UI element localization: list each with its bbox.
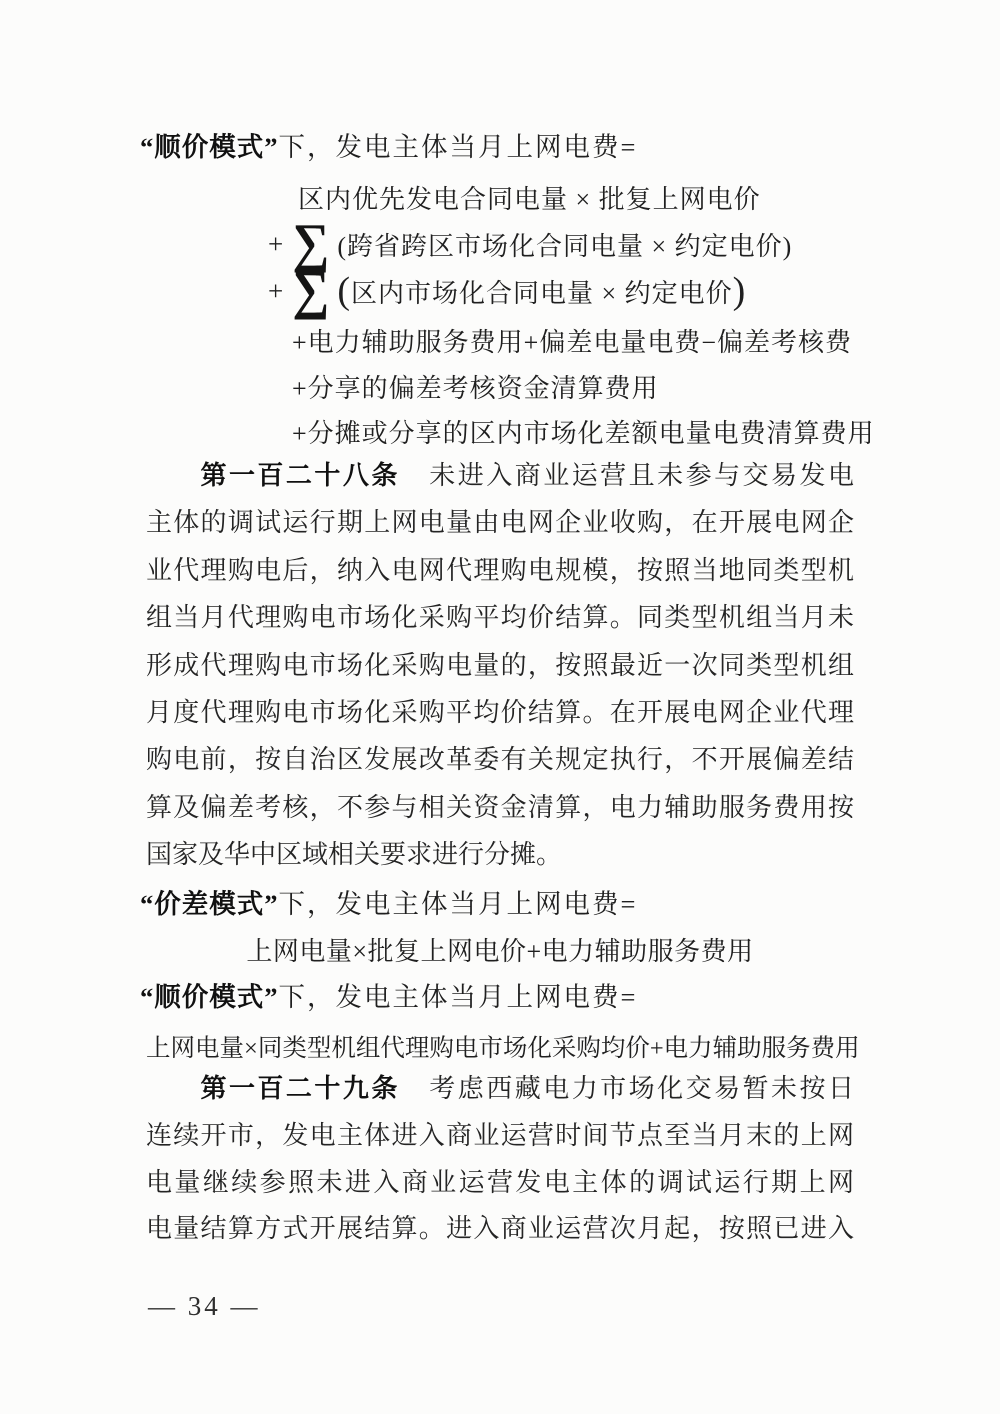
- mode-statement-shunjia-2: “顺价模式”下，发电主体当月上网电费=: [140, 981, 860, 1013]
- body-text: 未进入商业运营且未参与交易发电: [427, 461, 854, 490]
- article-128-heading: 第一百二十八条: [198, 461, 400, 490]
- sigma-symbol: ∑: [292, 264, 330, 319]
- body-line: 连续开市，发电主体进入商业运营时间节点至当月末的上网: [146, 1113, 854, 1160]
- body-line: 电量继续参照未进入商业运营发电主体的调试运行期上网: [146, 1160, 854, 1207]
- mode-name-bold: “顺价模式”: [140, 132, 279, 162]
- mode-name-bold: “顺价模式”: [140, 982, 279, 1012]
- body-line: 业代理购电后，纳入电网代理购电规模，按照当地同类型机: [146, 547, 854, 594]
- formula-line-settlement-diff: +分摊或分享的区内市场化差额电量电费清算费用: [146, 419, 1000, 449]
- formula-jiacha: 上网电量×批复上网电价+电力辅助服务费用: [146, 936, 854, 968]
- body-line: 国家及华中区域相关要求进行分摊。: [146, 831, 854, 878]
- mode-statement-text: 下，发电主体当月上网电费=: [279, 982, 638, 1012]
- body-line: 月度代理购电市场化采购平均价结算。在开展电网企业代理: [146, 689, 854, 736]
- close-paren: ): [733, 272, 747, 310]
- page-number: — 34 —: [148, 1291, 261, 1322]
- formula-line-sigma-intraregional: + ∑ ( 区内市场化合同电量 × 约定电价 ): [146, 264, 1000, 318]
- open-paren: (: [337, 272, 351, 310]
- formula-shunjia-2: 上网电量×同类型机组代理购电市场化采购均价+电力辅助服务费用: [146, 1034, 854, 1064]
- mode-name-bold: “价差模式”: [140, 889, 279, 919]
- body-line: 第一百二十九条考虑西藏电力市场化交易暂未按日: [146, 1066, 854, 1113]
- body-text: 考虑西藏电力市场化交易暂未按日: [427, 1074, 854, 1103]
- article-129: 第一百二十九条考虑西藏电力市场化交易暂未按日 连续开市，发电主体进入商业运营时间…: [146, 1066, 854, 1253]
- mode-statement-jiacha: “价差模式”下，发电主体当月上网电费=: [140, 888, 860, 920]
- mode-statement-shunjia-1: “顺价模式”下，发电主体当月上网电费=: [140, 131, 860, 163]
- body-line: 算及偏差考核，不参与相关资金清算，电力辅助服务费用按: [146, 784, 854, 831]
- body-line: 形成代理购电市场化采购电量的，按照最近一次同类型机组: [146, 642, 854, 689]
- sigma-line-text: (跨省跨区市场化合同电量 × 约定电价): [337, 226, 792, 263]
- body-line: 第一百二十八条未进入商业运营且未参与交易发电: [146, 452, 854, 499]
- formula-line-priority-contract: 区内优先发电合同电量 × 批复上网电价: [146, 185, 1000, 215]
- plus-operator: +: [268, 276, 284, 307]
- article-129-heading: 第一百二十九条: [198, 1074, 400, 1103]
- document-page: “顺价模式”下，发电主体当月上网电费= 区内优先发电合同电量 × 批复上网电价 …: [0, 0, 1000, 1414]
- mode-statement-text: 下，发电主体当月上网电费=: [279, 889, 638, 919]
- mode-statement-text: 下，发电主体当月上网电费=: [279, 132, 638, 162]
- formula-line-ancillary: +电力辅助服务费用+偏差电量电费−偏差考核费: [146, 328, 1000, 358]
- formula-line-sigma-interprovincial: + ∑ (跨省跨区市场化合同电量 × 约定电价): [146, 217, 1000, 271]
- article-128: 第一百二十八条未进入商业运营且未参与交易发电 主体的调试运行期上网电量由电网企业…: [146, 452, 854, 879]
- formula-line-shared-assessment: +分享的偏差考核资金清算费用: [146, 374, 1000, 404]
- body-line: 主体的调试运行期上网电量由电网企业收购，在开展电网企: [146, 499, 854, 546]
- body-line: 购电前，按自治区发展改革委有关规定执行，不开展偏差结: [146, 736, 854, 783]
- body-line: 组当月代理购电市场化采购平均价结算。同类型机组当月未: [146, 594, 854, 641]
- plus-operator: +: [268, 229, 284, 260]
- body-line: 电量结算方式开展结算。进入商业运营次月起，按照已进入: [146, 1206, 854, 1253]
- sigma-line-text: 区内市场化合同电量 × 约定电价: [351, 273, 733, 310]
